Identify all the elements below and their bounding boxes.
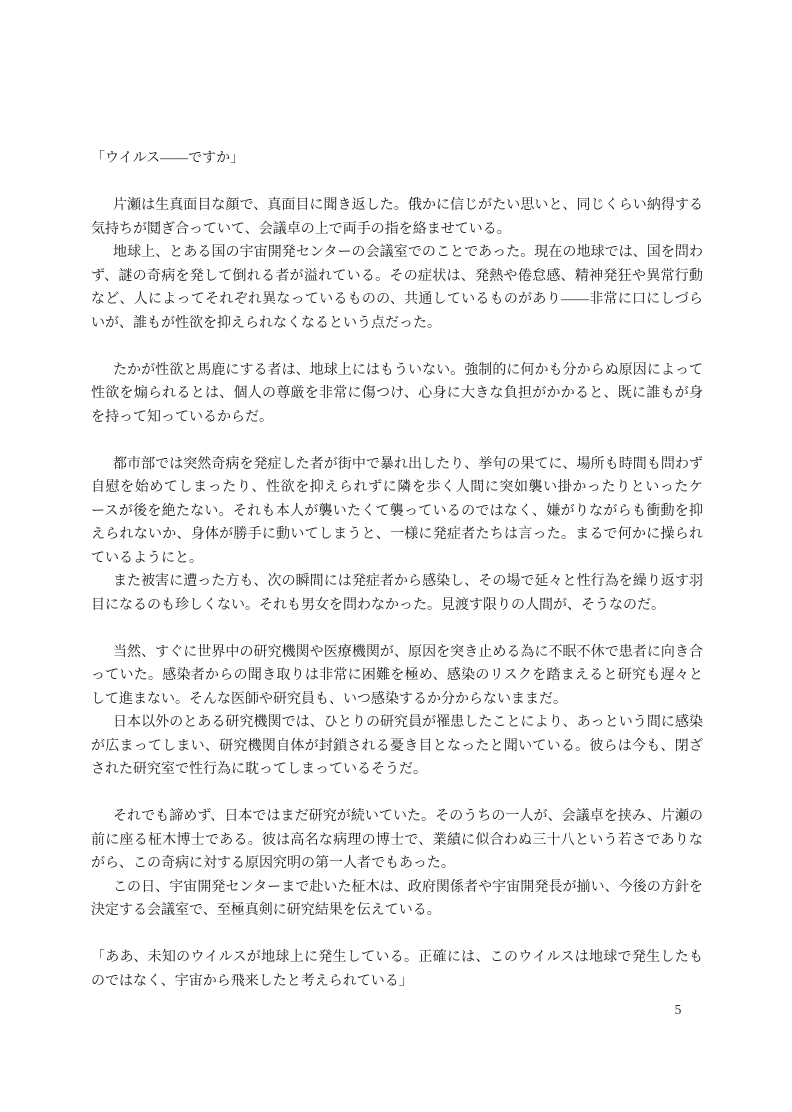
body-text: 「ウイルス——ですか」 片瀬は生真面目な顔で、真面目に聞き返した。俄かに信じがた…	[91, 147, 703, 993]
text-line: ず、謎の奇病を発して倒れる者が溢れている。その症状は、発熱や倦怠感、精神発狂や異…	[91, 265, 703, 289]
text-line: 前に座る柾木博士である。彼は高名な病理の博士で、業績に似合わぬ三十八という若さで…	[91, 829, 703, 853]
text-line: を持って知っているからだ。	[91, 406, 703, 430]
text-line: して進まない。そんな医師や研究員も、いつ感染するか分からないままだ。	[91, 688, 703, 712]
text-line: 目になるのも珍しくない。それも男女を問わなかった。見渡す限りの人間が、そうなのだ…	[91, 594, 703, 618]
text-line: 日本以外のとある研究機関では、ひとりの研究員が罹患したことにより、あっという間に…	[91, 711, 703, 735]
blank-line	[91, 171, 703, 195]
blank-line	[91, 923, 703, 947]
document-page: 「ウイルス——ですか」 片瀬は生真面目な顔で、真面目に聞き返した。俄かに信じがた…	[0, 0, 792, 1112]
text-line: など、人によってそれぞれ異なっているものの、共通しているものがあり——非常に口に…	[91, 288, 703, 312]
text-line: 当然、すぐに世界中の研究機関や医療機関が、原因を突き止める為に不眠不休で患者に向…	[91, 641, 703, 665]
text-line: それでも諦めず、日本ではまだ研究が続いていた。そのうちの一人が、会議卓を挟み、片…	[91, 805, 703, 829]
blank-line	[91, 335, 703, 359]
blank-line	[91, 429, 703, 453]
text-line: が広まってしまい、研究機関自体が封鎖される憂き目となったと聞いている。彼らは今も…	[91, 735, 703, 759]
text-line: えられないか、身体が勝手に動いてしまうと、一様に発症者たちは言った。まるで何かに…	[91, 523, 703, 547]
text-line: また被害に遭った方も、次の瞬間には発症者から感染し、その場で延々と性行為を繰り返…	[91, 570, 703, 594]
dialogue-line: のではなく、宇宙から飛来したと考えられている」	[91, 970, 703, 994]
dialogue-line: 「ウイルス——ですか」	[91, 147, 703, 171]
text-line: いが、誰もが性欲を抑えられなくなるという点だった。	[91, 312, 703, 336]
dialogue-line: 「ああ、未知のウイルスが地球上に発生している。正確には、このウイルスは地球で発生…	[91, 946, 703, 970]
text-line: 気持ちが鬩ぎ合っていて、会議卓の上で両手の指を絡ませている。	[91, 218, 703, 242]
text-line: ースが後を絶たない。それも本人が襲いたくて襲っているのではなく、嫌がりながらも衝…	[91, 500, 703, 524]
text-line: たかが性欲と馬鹿にする者は、地球上にはもういない。強制的に何かも分からぬ原因によ…	[91, 359, 703, 383]
text-line: 自慰を始めてしまったり、性欲を抑えられずに隣を歩く人間に突如襲い掛かったりといっ…	[91, 476, 703, 500]
text-line: がら、この奇病に対する原因究明の第一人者でもあった。	[91, 852, 703, 876]
text-line: ているようにと。	[91, 547, 703, 571]
text-line: っていた。感染者からの聞き取りは非常に困難を極め、感染のリスクを踏まえると研究も…	[91, 664, 703, 688]
text-line: された研究室で性行為に耽ってしまっているそうだ。	[91, 758, 703, 782]
text-line: 都市部では突然奇病を発症した者が街中で暴れ出したり、挙句の果てに、場所も時間も問…	[91, 453, 703, 477]
text-line: この日、宇宙開発センターまで赴いた柾木は、政府関係者や宇宙開発長が揃い、今後の方…	[91, 876, 703, 900]
text-line: 片瀬は生真面目な顔で、真面目に聞き返した。俄かに信じがたい思いと、同じくらい納得…	[91, 194, 703, 218]
page-number: 5	[664, 1000, 692, 1020]
blank-line	[91, 782, 703, 806]
blank-line	[91, 617, 703, 641]
text-line: 性欲を煽られるとは、個人の尊厳を非常に傷つけ、心身に大きな負担がかかると、既に誰…	[91, 382, 703, 406]
text-line: 決定する会議室で、至極真剣に研究結果を伝えている。	[91, 899, 703, 923]
text-line: 地球上、とある国の宇宙開発センターの会議室でのことであった。現在の地球では、国を…	[91, 241, 703, 265]
